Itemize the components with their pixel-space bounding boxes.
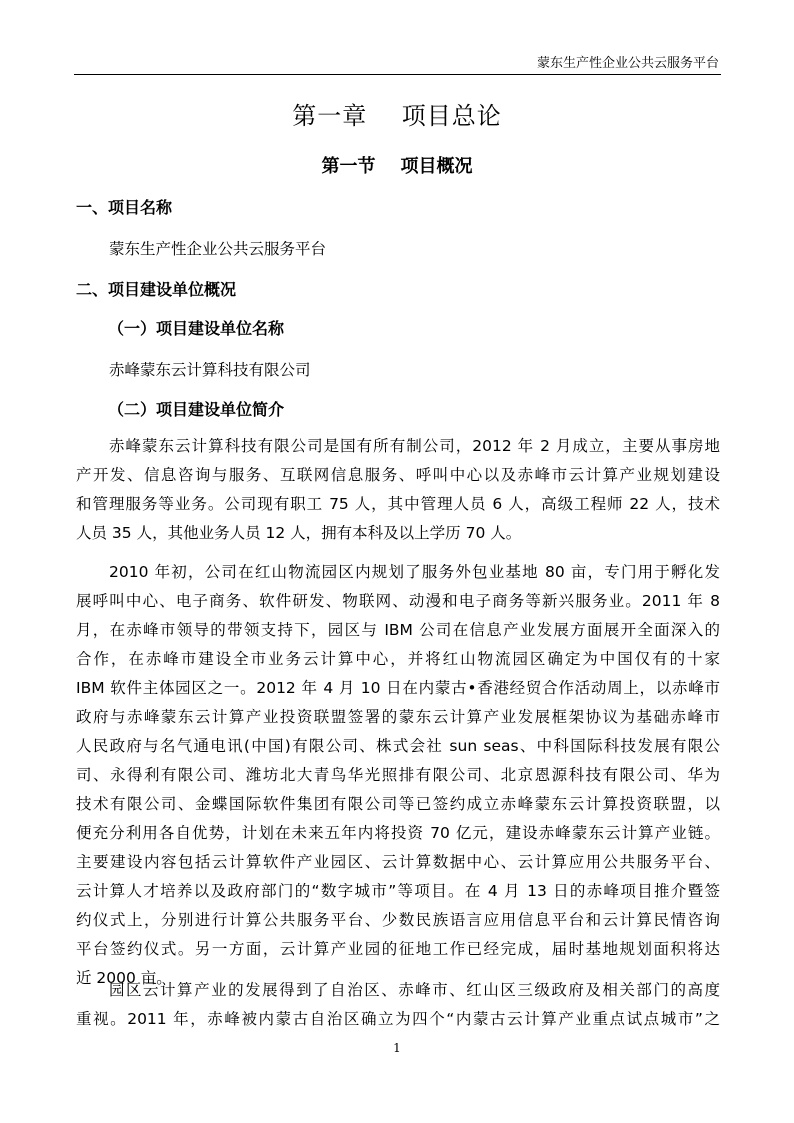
running-title: 蒙东生产性企业公共云服务平台 <box>537 56 719 72</box>
paragraph-line: 便充分利用各自优势，计划在未来五年内将投资 70 亿元，建设赤峰蒙东云计算产业链… <box>76 819 720 848</box>
paragraph-line: 司、永得利有限公司、潍坊北大青鸟华光照排有限公司、北京恩源科技有限公司、华为 <box>76 761 720 790</box>
paragraph-line: 合作，在赤峰市建设全市业务云计算中心，并将红山物流园区确定为中国仅有的十家 <box>76 645 720 674</box>
paragraph-line: 月，在赤峰市领导的带领支持下，园区与 IBM 公司在信息产业发展方面展开全面深入… <box>76 616 720 645</box>
paragraph-line: 和管理服务等业务。公司现有职工 75 人，其中管理人员 6 人，高级工程师 22… <box>76 490 720 519</box>
company-name-text: 赤峰蒙东云计算科技有限公司 <box>109 360 311 380</box>
paragraph-line: 人员 35 人，其他业务人员 12 人，拥有本科及以上学历 70 人。 <box>76 519 720 548</box>
page-number: 1 <box>0 1040 794 1056</box>
paragraph-line: 人民政府与名气通电讯(中国)有限公司、株式会社 sun seas、中科国际科技发… <box>76 732 720 761</box>
section-title: 第一节 项目概况 <box>0 155 794 179</box>
page-header: 蒙东生产性企业公共云服务平台 <box>74 55 721 75</box>
paragraph-line: 展呼叫中心、电子商务、软件研发、物联网、动漫和电子商务等新兴服务业。2011 年… <box>76 587 720 616</box>
paragraph-history: 2010 年初，公司在红山物流园区内规划了服务外包业基地 80 亩，专门用于孵化… <box>76 558 720 993</box>
paragraph-line: 约仪式上，分别进行计算公共服务平台、少数民族语言应用信息平台和云计算民情咨询 <box>76 906 720 935</box>
paragraph-line: 政府与赤峰蒙东云计算产业投资联盟签署的蒙东云计算产业发展框架协议为基础赤峰市 <box>76 703 720 732</box>
paragraph-line: 重视。2011 年，赤峰被内蒙古自治区确立为四个“内蒙古云计算产业重点试点城市”… <box>76 1005 720 1034</box>
subheading-unit-intro: （二）项目建设单位简介 <box>108 400 284 420</box>
heading-construction-unit: 二、项目建设单位概况 <box>76 280 236 300</box>
paragraph-line: 赤峰蒙东云计算科技有限公司是国有所有制公司，2012 年 2 月成立，主要从事房… <box>76 432 720 461</box>
project-name-text: 蒙东生产性企业公共云服务平台 <box>109 239 326 259</box>
subheading-unit-name: （一）项目建设单位名称 <box>108 319 284 339</box>
heading-project-name: 一、项目名称 <box>76 198 172 218</box>
paragraph-government-support: 园区云计算产业的发展得到了自治区、赤峰市、红山区三级政府及相关部门的高度 重视。… <box>76 976 720 1034</box>
paragraph-line: 产开发、信息咨询与服务、互联网信息服务、呼叫中心以及赤峰市云计算产业规划建设 <box>76 461 720 490</box>
paragraph-line: 技术有限公司、金蝶国际软件集团有限公司等已签约成立赤峰蒙东云计算投资联盟，以 <box>76 790 720 819</box>
paragraph-line: 平台签约仪式。另一方面，云计算产业园的征地工作已经完成，届时基地规划面积将达 <box>76 935 720 964</box>
paragraph-line: 园区云计算产业的发展得到了自治区、赤峰市、红山区三级政府及相关部门的高度 <box>76 976 720 1005</box>
chapter-title: 第一章 项目总论 <box>0 101 794 131</box>
paragraph-line: 主要建设内容包括云计算软件产业园区、云计算数据中心、云计算应用公共服务平台、 <box>76 848 720 877</box>
paragraph-company-intro: 赤峰蒙东云计算科技有限公司是国有所有制公司，2012 年 2 月成立，主要从事房… <box>76 432 720 548</box>
paragraph-line: 云计算人才培养以及政府部门的“数字城市”等项目。在 4 月 13 日的赤峰项目推… <box>76 877 720 906</box>
paragraph-line: 2010 年初，公司在红山物流园区内规划了服务外包业基地 80 亩，专门用于孵化… <box>76 558 720 587</box>
paragraph-line: IBM 软件主体园区之一。2012 年 4 月 10 日在内蒙古•香港经贸合作活… <box>76 674 720 703</box>
